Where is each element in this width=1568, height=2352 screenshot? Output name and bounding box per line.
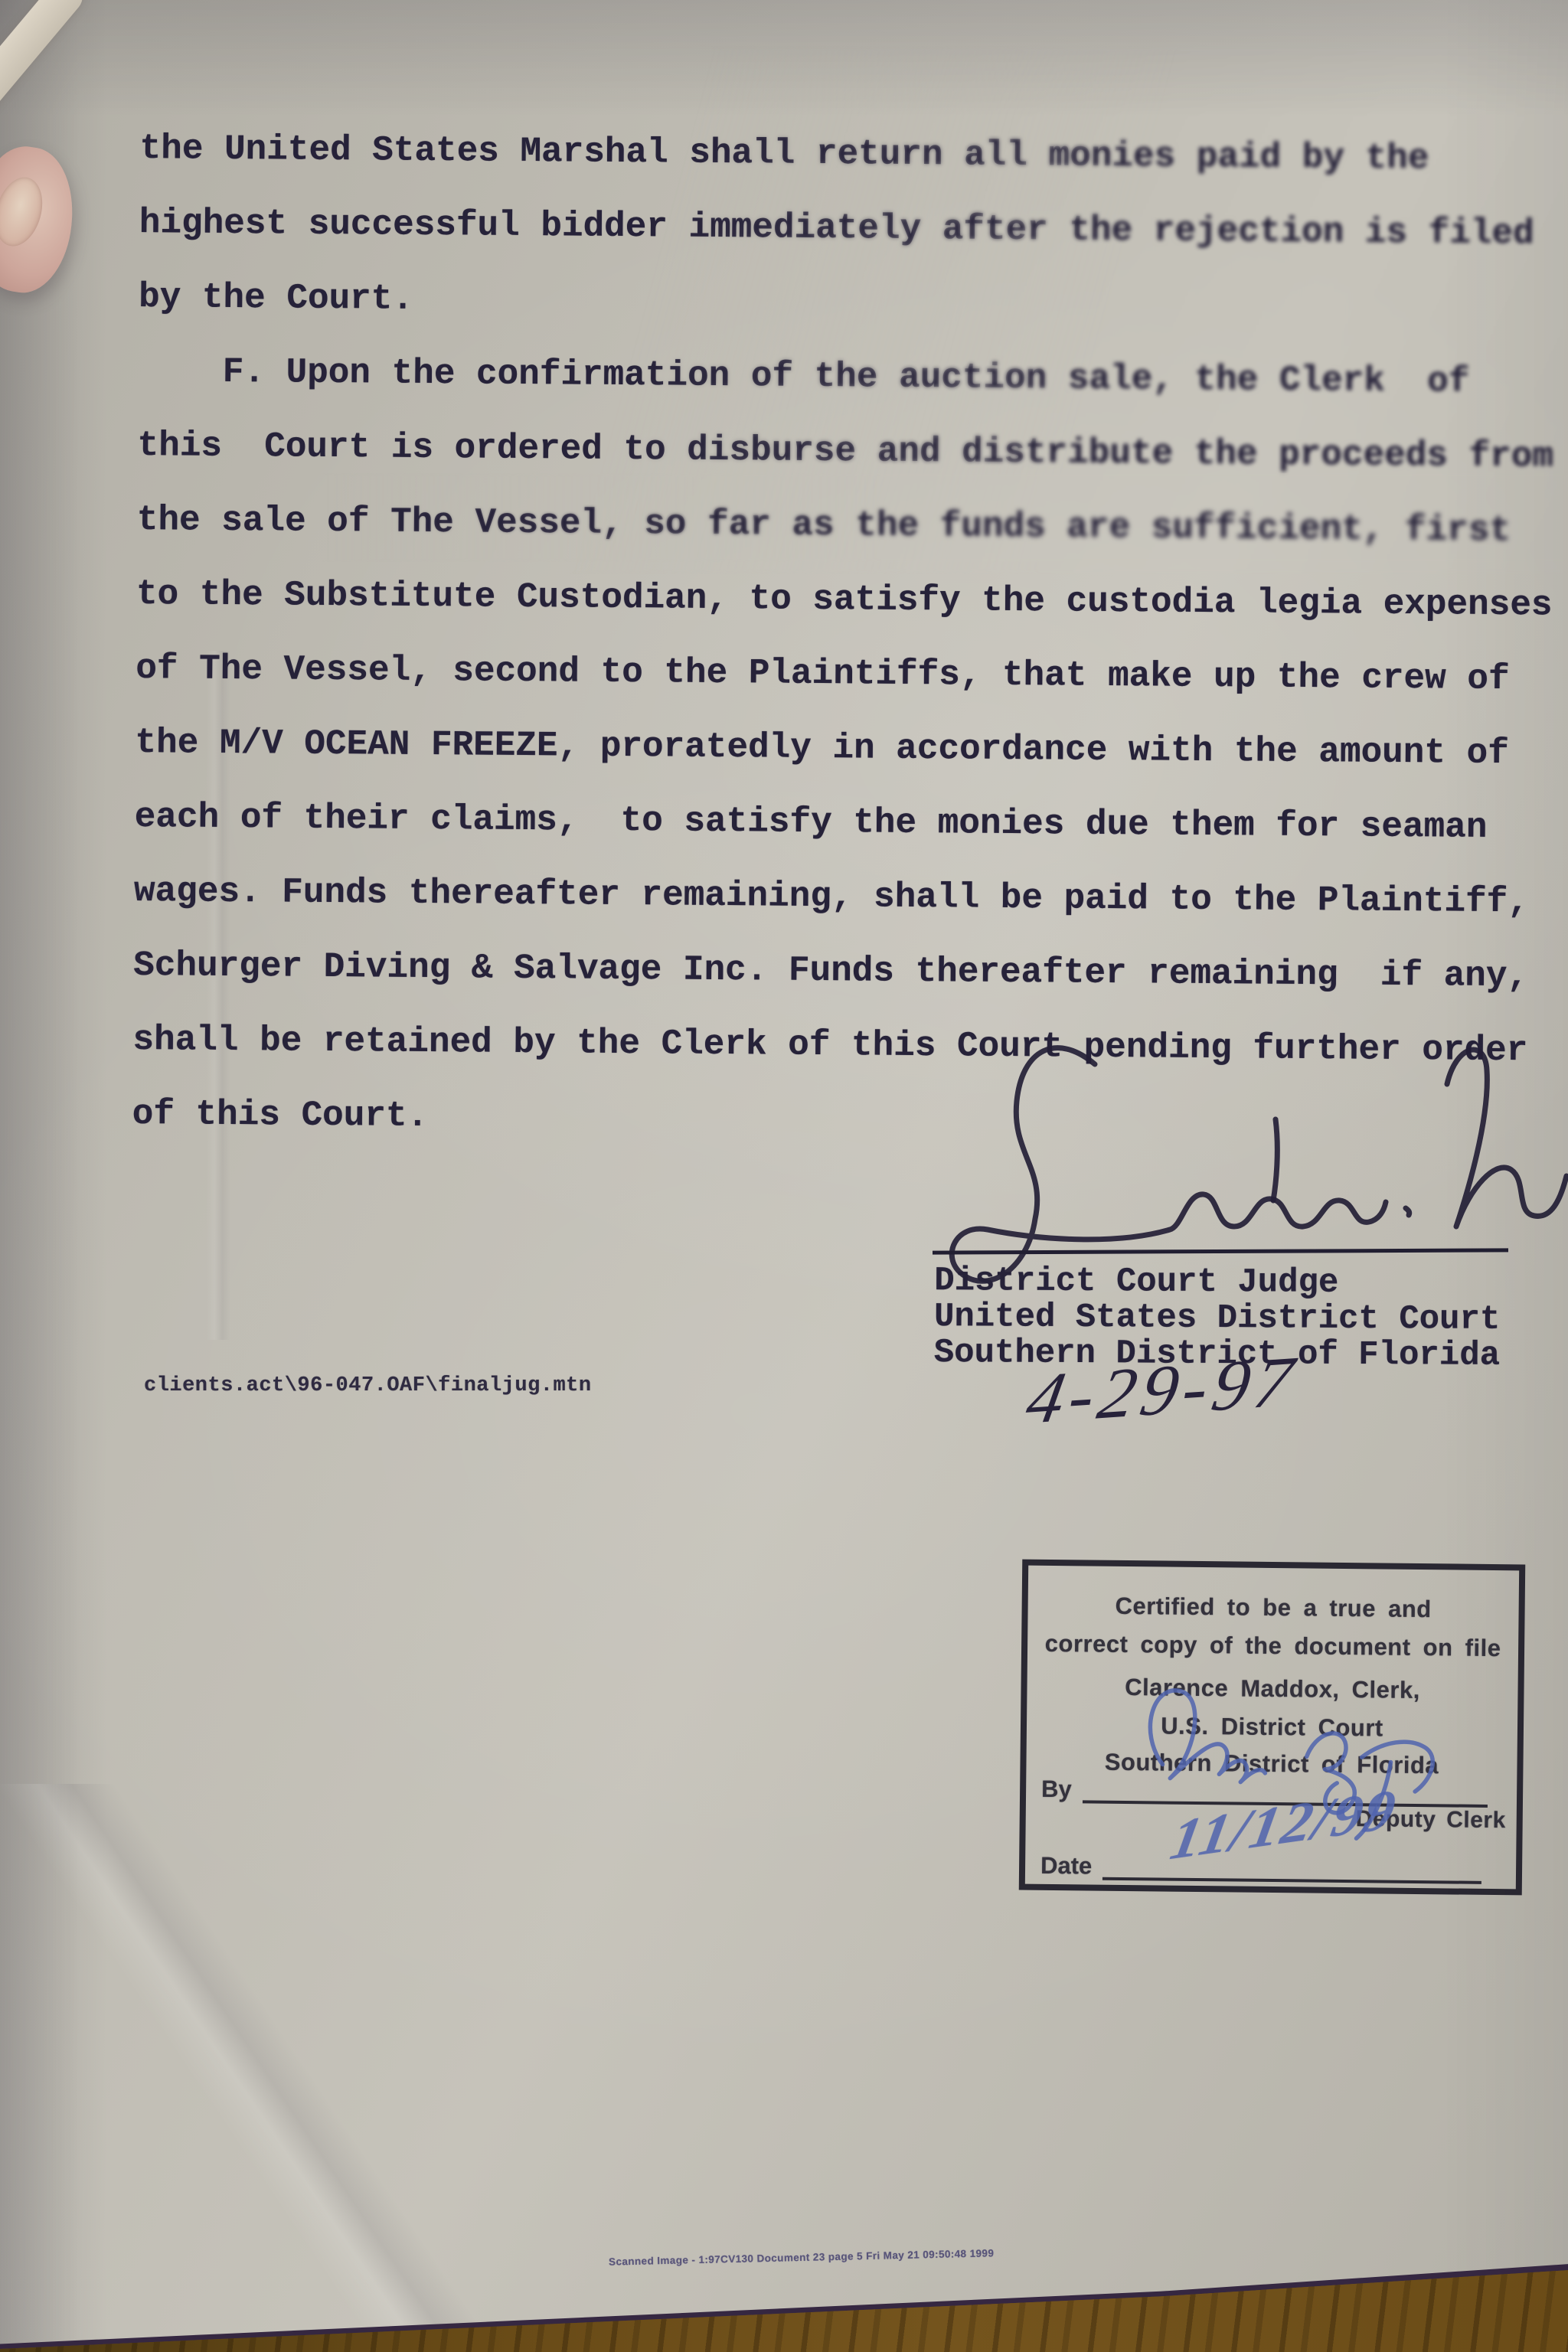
paper-crease [0, 1784, 475, 2352]
document-line: of The Vessel, second to the Plaintiffs,… [136, 632, 1562, 717]
date-label: Date [1040, 1852, 1093, 1880]
document-line: the M/V OCEAN FREEZE, proratedly in acco… [135, 706, 1561, 792]
document-line: Schurger Diving & Salvage Inc. Funds the… [133, 929, 1560, 1014]
document-page: the United States Marshal shall return a… [0, 0, 1568, 2352]
by-label: By [1041, 1775, 1072, 1803]
file-reference: clients.act\96-047.OAF\finaljug.mtn [144, 1374, 592, 1397]
court-name: United States District Court [934, 1299, 1501, 1338]
photo-of-document: the United States Marshal shall return a… [0, 0, 1568, 2352]
fingernail [0, 171, 50, 251]
motion-blur-region [322, 473, 1568, 562]
document-line: wages. Funds thereafter remaining, shall… [134, 854, 1560, 940]
scan-caption: Scanned Image - 1:97CV130 Document 23 pa… [609, 2247, 995, 2267]
document-line: each of their claims, to satisfy the mon… [134, 780, 1560, 866]
judge-title: District Court Judge [934, 1263, 1501, 1302]
stamp-line: Certified to be a true and [1027, 1592, 1518, 1625]
certification-stamp: Certified to be a true and correct copy … [1019, 1560, 1525, 1896]
